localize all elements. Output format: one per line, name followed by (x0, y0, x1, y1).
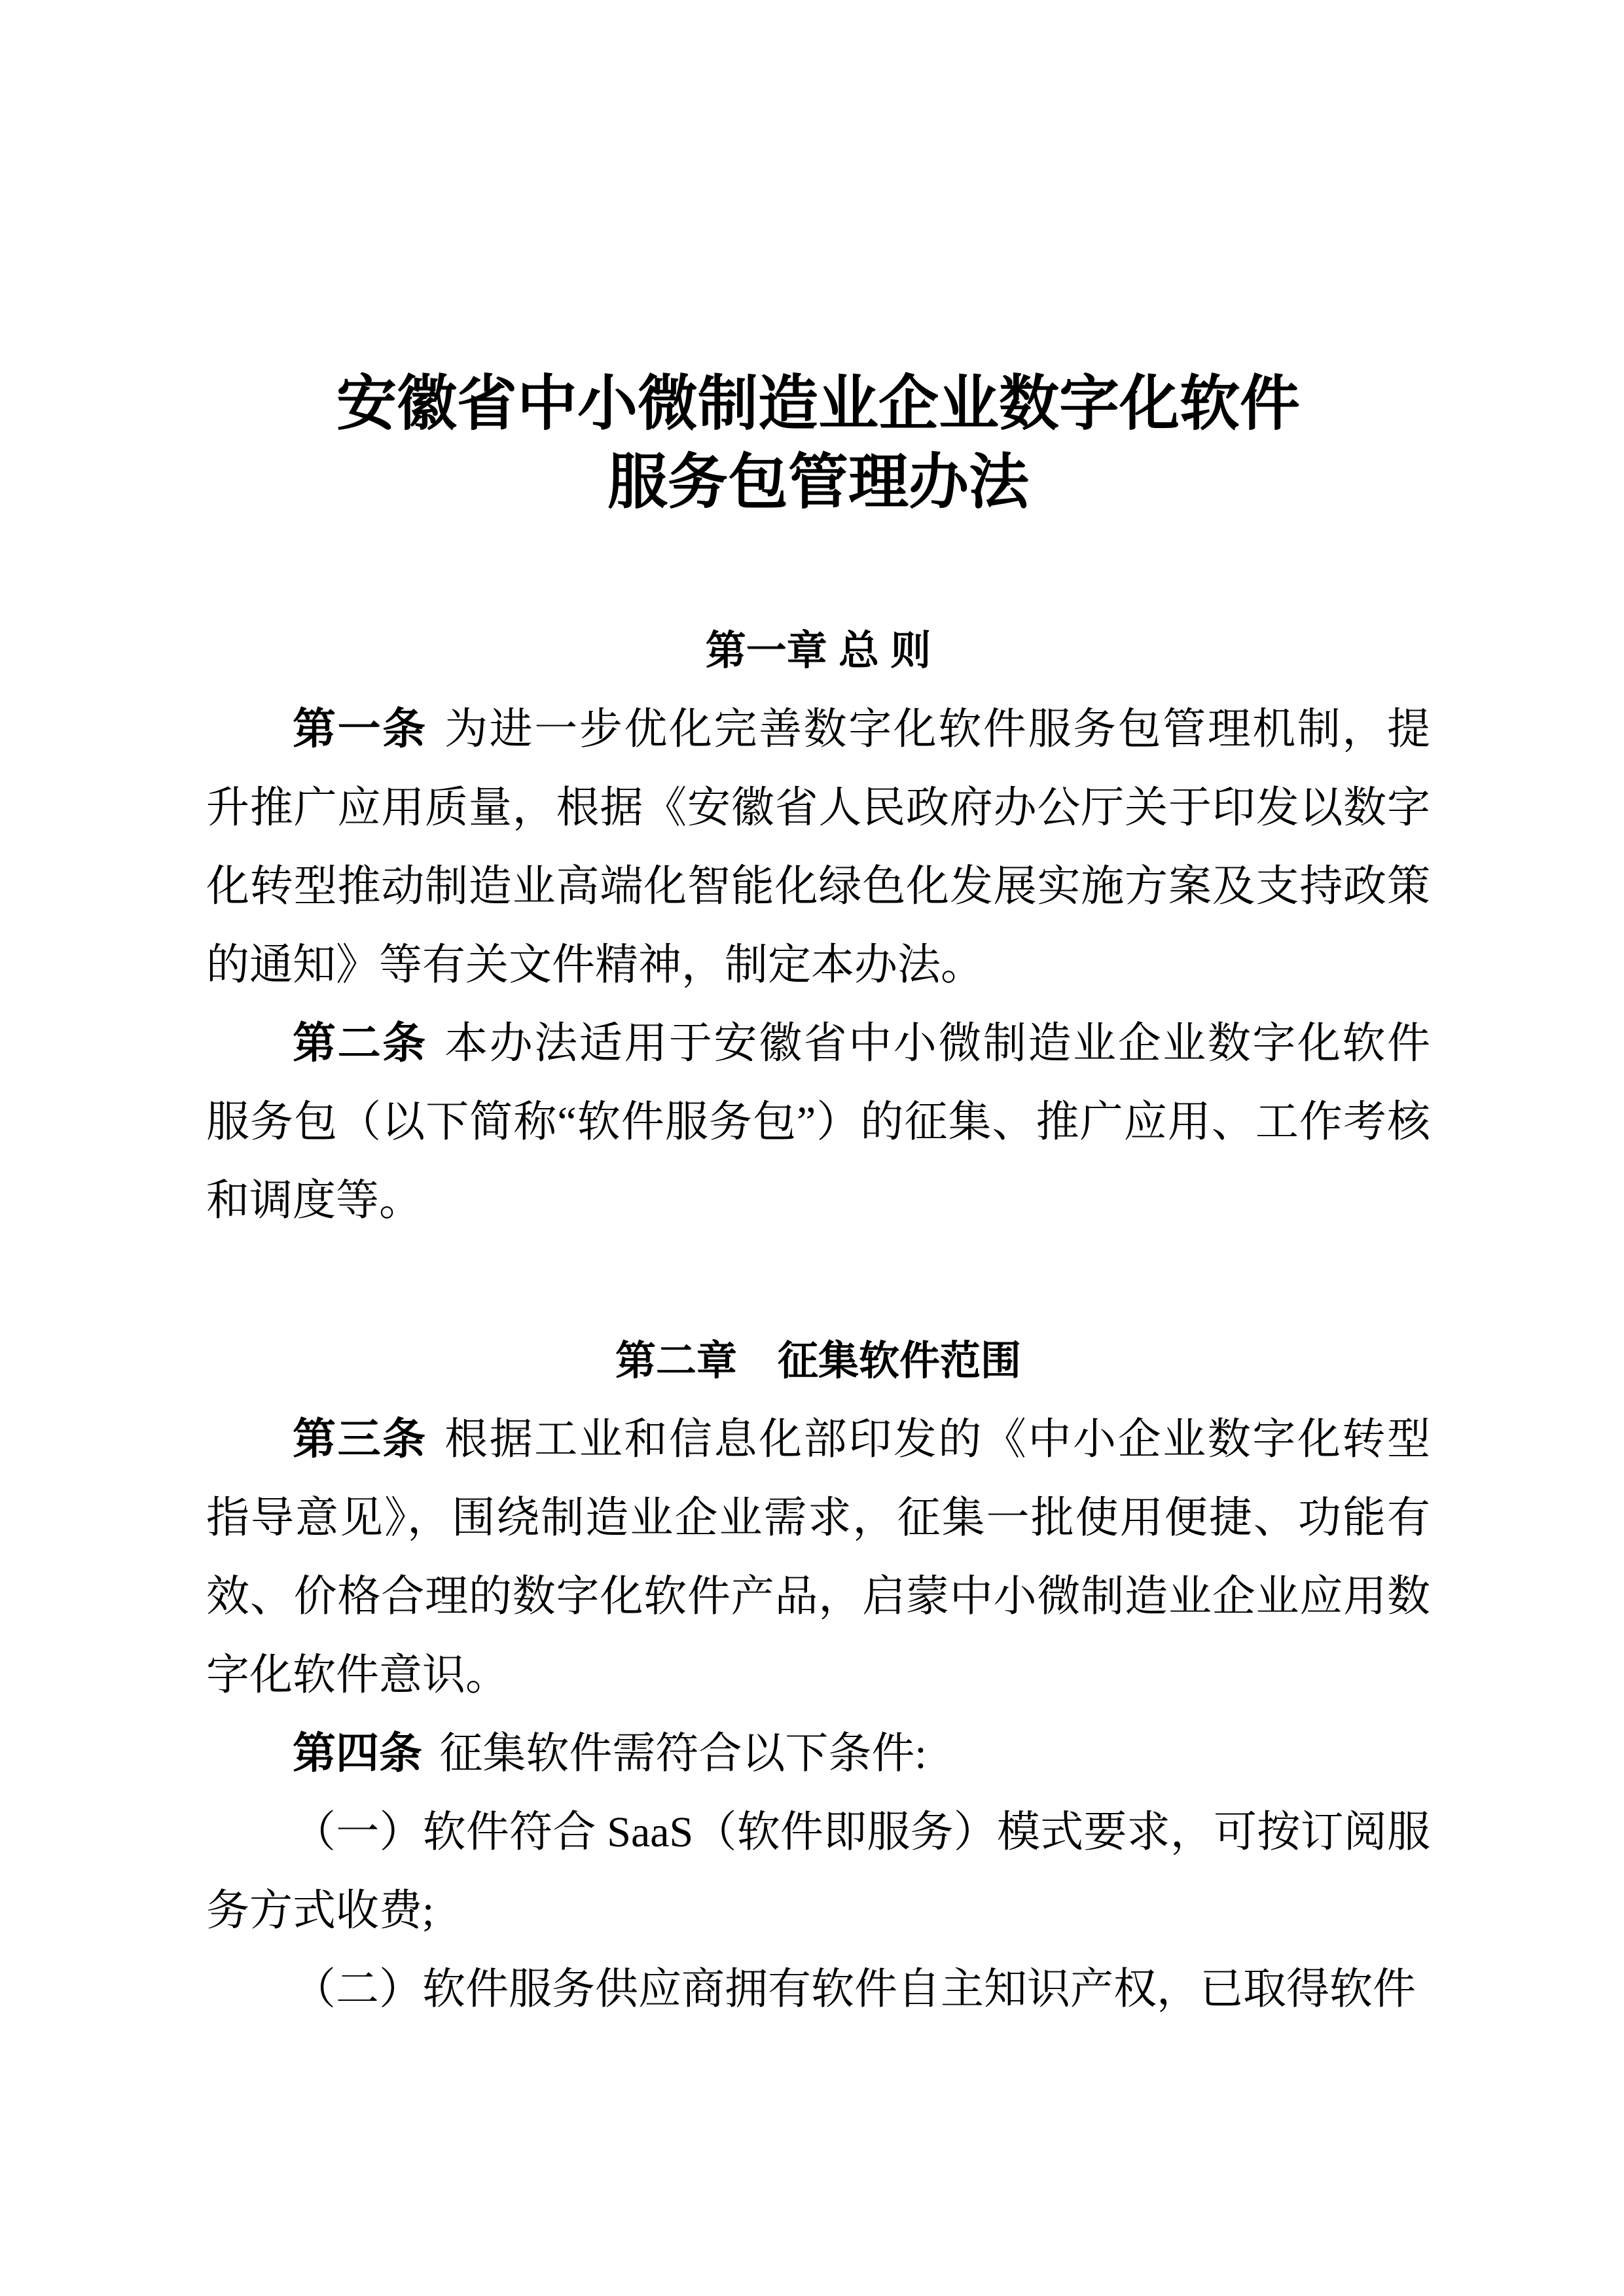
article-1-number: 第一条 (293, 706, 427, 753)
article-3-number: 第三条 (293, 1416, 427, 1463)
article-2: 第二条本办法适用于安徽省中小微制造业企业数字化软件服务包（以下简称“软件服务包”… (206, 1005, 1430, 1240)
chapter-1-heading: 第一章 总 则 (206, 612, 1430, 691)
title-line-1: 安徽省中小微制造业企业数字化软件 (206, 365, 1430, 443)
document-title: 安徽省中小微制造业企业数字化软件 服务包管理办法 (206, 365, 1430, 522)
article-3: 第三条根据工业和信息化部印发的《中小企业数字化转型指导意见》，围绕制造业企业需求… (206, 1401, 1430, 1715)
chapter-2-heading: 第二章 征集软件范围 (206, 1322, 1430, 1401)
article-1: 第一条为进一步优化完善数字化软件服务包管理机制，提升推广应用质量，根据《安徽省人… (206, 691, 1430, 1005)
title-line-2: 服务包管理办法 (206, 443, 1430, 522)
article-4: 第四条征集软件需符合以下条件: (206, 1715, 1430, 1793)
document-page: 安徽省中小微制造业企业数字化软件 服务包管理办法 第一章 总 则 第一条为进一步… (0, 0, 1624, 2296)
condition-item-1: （一）软件符合 SaaS（软件即服务）模式要求，可按订阅服务方式收费; (206, 1793, 1430, 1950)
article-2-number: 第二条 (293, 1020, 427, 1067)
condition-item-2: （二）软件服务供应商拥有软件自主知识产权，已取得软件 (206, 1950, 1430, 2029)
document-content: 安徽省中小微制造业企业数字化软件 服务包管理办法 第一章 总 则 第一条为进一步… (206, 365, 1430, 2029)
article-4-text: 征集软件需符合以下条件: (439, 1730, 926, 1778)
article-4-number: 第四条 (293, 1730, 422, 1778)
